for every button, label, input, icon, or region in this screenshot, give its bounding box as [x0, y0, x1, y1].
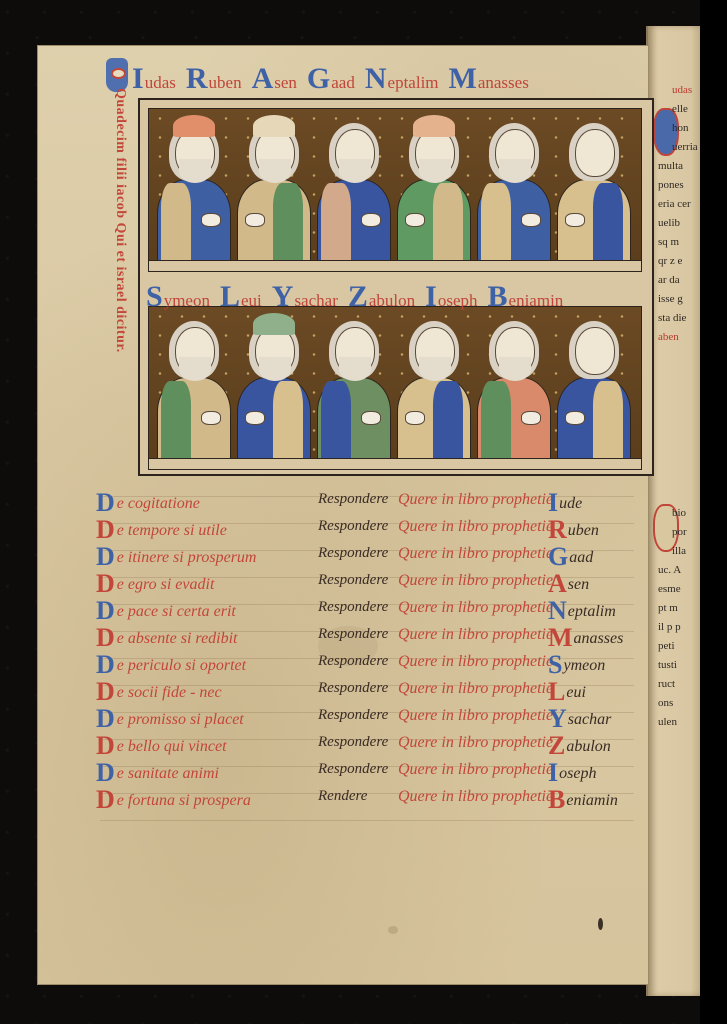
sortes-row: De itinere si prosperumRespondereQuere i…: [96, 540, 656, 567]
figure-mantle: [161, 183, 191, 263]
instruction-cell: Quere in libro prophetie: [398, 680, 553, 698]
figure-hand: [361, 213, 381, 227]
figure-mantle: [321, 381, 351, 461]
facing-page-line: udas: [654, 81, 700, 100]
banner-name-initial: Y: [272, 280, 294, 313]
banner-name: Ysachar: [272, 280, 338, 314]
figure-hat: [253, 313, 295, 335]
banner-name: Iudas: [132, 62, 176, 96]
question-cell: De tempore si utile: [96, 512, 227, 542]
banner-name-rest: eniamin: [509, 291, 564, 310]
figure-hand: [521, 411, 541, 425]
figure-hand: [201, 411, 221, 425]
banner-name-rest: oseph: [438, 291, 478, 310]
facing-page-line: sq m: [654, 233, 700, 252]
banner-name-rest: eptalim: [388, 73, 439, 92]
banner-name-initial: B: [488, 280, 508, 313]
question-cell: De bello qui vincet: [96, 728, 227, 758]
facing-page-upper-text: udasellehonuerriamultaponeseria ceruelib…: [654, 81, 700, 347]
response-cell: Rendere: [318, 788, 367, 805]
question-text: e periculo si oportet: [117, 657, 246, 674]
figure-mantle: [273, 381, 303, 461]
son-name-rest: ymeon: [563, 657, 605, 674]
sortes-table: De cogitationeRespondereQuere in libro p…: [96, 486, 656, 810]
question-text: e itinere si prosperum: [117, 549, 257, 566]
figure-mantle: [593, 381, 623, 461]
stain: [598, 918, 603, 930]
son-name-cell: Gaad: [548, 539, 593, 569]
banner-name-initial: I: [425, 280, 437, 313]
son-name-rest: sen: [568, 576, 589, 593]
instruction-cell: Quere in libro prophetie: [398, 545, 553, 563]
figure-hand: [201, 213, 221, 227]
son-name-cell: Neptalim: [548, 593, 616, 623]
son-name-cell: Symeon: [548, 647, 605, 677]
figure-beard: [339, 159, 371, 183]
figure-hat: [173, 115, 215, 137]
facing-page-line: ruct: [654, 675, 700, 694]
figure-mantle: [433, 183, 463, 263]
banner-name-rest: sachar: [294, 291, 337, 310]
figure-beard: [419, 357, 451, 381]
banner-name-rest: anasses: [478, 73, 529, 92]
facing-page-line: tusti: [654, 656, 700, 675]
figure-beard: [179, 357, 211, 381]
figure-beard: [499, 159, 531, 183]
question-text: e absente si redibit: [117, 630, 238, 647]
banner-name: Symeon: [146, 280, 210, 314]
banner-name-rest: sen: [274, 73, 297, 92]
facing-page-line: bio: [654, 504, 700, 523]
banner-name: Ruben: [186, 62, 242, 96]
facing-page-line: esme: [654, 580, 700, 599]
son-name-cell: Asen: [548, 566, 589, 596]
banner-name: Neptalim: [365, 62, 439, 96]
facing-page-line: aben: [654, 328, 700, 347]
son-name-initial: B: [548, 785, 565, 815]
instruction-cell: Quere in libro prophetie: [398, 653, 553, 671]
sortes-row: De promisso si placetRespondereQuere in …: [96, 702, 656, 729]
banner-name-initial: G: [307, 62, 330, 95]
question-cell: De sanitate animi: [96, 755, 219, 785]
response-cell: Respondere: [318, 518, 388, 535]
sortes-row: De fortuna si prosperaRendereQuere in li…: [96, 783, 656, 810]
banner-name: Manasses: [449, 62, 529, 96]
ruling-line: [100, 820, 634, 821]
banner-name-initial: A: [252, 62, 274, 95]
response-cell: Respondere: [318, 734, 388, 751]
figure: [557, 311, 629, 461]
sortes-row: De cogitationeRespondereQuere in libro p…: [96, 486, 656, 513]
figure-beard: [339, 357, 371, 381]
panel-ledge: [149, 458, 641, 469]
banner-name-initial: Z: [348, 280, 368, 313]
figure: [317, 113, 389, 263]
son-name-rest: sachar: [568, 711, 612, 728]
sortes-row: De bello qui vincetRespondereQuere in li…: [96, 729, 656, 756]
banner-name-rest: aad: [331, 73, 355, 92]
top-name-banner: IudasRubenAsenGaadNeptalimManasses: [132, 62, 652, 96]
banner-name-initial: I: [132, 62, 144, 95]
son-name-cell: Leui: [548, 674, 586, 704]
banner-name: Beniamin: [488, 280, 564, 314]
question-cell: De absente si redibit: [96, 620, 238, 650]
sortes-row: De periculo si oportetRespondereQuere in…: [96, 648, 656, 675]
panel-ledge: [149, 260, 641, 271]
facing-page-line: uelib: [654, 214, 700, 233]
son-name-rest: uben: [568, 522, 599, 539]
question-text: e tempore si utile: [117, 522, 227, 539]
instruction-cell: Quere in libro prophetie: [398, 734, 553, 752]
response-cell: Respondere: [318, 545, 388, 562]
facing-page-line: isse g: [654, 290, 700, 309]
facing-page-line: sta die: [654, 309, 700, 328]
son-name-cell: Manasses: [548, 620, 623, 650]
facing-page-line: il p p: [654, 618, 700, 637]
response-cell: Respondere: [318, 680, 388, 697]
figure-mantle: [321, 183, 351, 263]
figure: [317, 311, 389, 461]
facing-page-lower-text: bioporillauc. Aesmept mil p ppetitustiru…: [654, 504, 700, 732]
banner-name-initial: N: [365, 62, 387, 95]
figure-mantle: [481, 183, 511, 263]
banner-name: Ioseph: [425, 280, 477, 314]
banner-name-rest: ymeon: [164, 291, 210, 310]
figure-hand: [565, 213, 585, 227]
stain: [388, 926, 398, 934]
instruction-cell: Quere in libro prophetie: [398, 788, 553, 806]
figure-beard: [259, 357, 291, 381]
figure-hand: [361, 411, 381, 425]
banner-name-initial: S: [146, 280, 163, 313]
figure-mantle: [433, 381, 463, 461]
facing-page-line: qr z e: [654, 252, 700, 271]
son-name-rest: eniamin: [566, 792, 618, 809]
figure-hand: [521, 213, 541, 227]
instruction-cell: Quere in libro prophetie: [398, 491, 553, 509]
figure-mantle: [273, 183, 303, 263]
question-cell: De fortuna si prospera: [96, 782, 251, 812]
middle-name-banner: SymeonLeuiYsacharZabulonIosephBeniamin: [146, 280, 656, 314]
figure-hand: [245, 213, 265, 227]
figure: [397, 311, 469, 461]
instruction-cell: Quere in libro prophetie: [398, 518, 553, 536]
son-name-rest: eptalim: [568, 603, 616, 620]
question-text: e cogitatione: [117, 495, 200, 512]
question-cell: De socii fide - nec: [96, 674, 222, 704]
son-name-rest: eui: [566, 684, 586, 701]
banner-name: Gaad: [307, 62, 355, 96]
son-name-cell: Ioseph: [548, 755, 596, 785]
son-name-rest: abulon: [566, 738, 610, 755]
son-name-rest: oseph: [559, 765, 596, 782]
margin-rubric: Quadecim filii iacob Qui et israel dicit…: [112, 88, 128, 353]
response-cell: Respondere: [318, 653, 388, 670]
son-name-rest: anasses: [574, 630, 624, 647]
sortes-row: De absente si redibitRespondereQuere in …: [96, 621, 656, 648]
question-text: e promisso si placet: [117, 711, 244, 728]
right-dark-edge: [700, 0, 727, 1024]
banner-name-initial: M: [449, 62, 477, 95]
instruction-cell: Quere in libro prophetie: [398, 761, 553, 779]
response-cell: Respondere: [318, 599, 388, 616]
figure: [477, 113, 549, 263]
upper-miniature-panel: [148, 108, 642, 272]
question-text: e egro si evadit: [117, 576, 215, 593]
question-cell: De itinere si prosperum: [96, 539, 256, 569]
figure: [237, 113, 309, 263]
question-initial: D: [96, 785, 115, 815]
banner-name-rest: uben: [209, 73, 242, 92]
facing-page-line: elle: [654, 100, 700, 119]
figure-beard: [419, 159, 451, 183]
banner-name-initial: L: [220, 280, 240, 313]
banner-name-rest: udas: [145, 73, 176, 92]
response-cell: Respondere: [318, 761, 388, 778]
sortes-row: De tempore si utileRespondereQuere in li…: [96, 513, 656, 540]
banner-name-rest: abulon: [369, 291, 415, 310]
instruction-cell: Quere in libro prophetie: [398, 707, 553, 725]
figure-mantle: [161, 381, 191, 461]
figure: [237, 311, 309, 461]
figure: [157, 311, 229, 461]
instruction-cell: Quere in libro prophetie: [398, 626, 553, 644]
facing-page-line: pones: [654, 176, 700, 195]
son-name-cell: Zabulon: [548, 728, 611, 758]
son-name-cell: Ysachar: [548, 701, 611, 731]
figure: [397, 113, 469, 263]
figure-head: [575, 129, 615, 177]
banner-name-rest: eui: [241, 291, 262, 310]
banner-name-initial: R: [186, 62, 208, 95]
instruction-cell: Quere in libro prophetie: [398, 599, 553, 617]
figure-mantle: [593, 183, 623, 263]
banner-name: Zabulon: [348, 280, 415, 314]
figure: [477, 311, 549, 461]
facing-page-line: ons: [654, 694, 700, 713]
question-text: e bello qui vincet: [117, 738, 227, 755]
facing-page-line: ulen: [654, 713, 700, 732]
response-cell: Respondere: [318, 707, 388, 724]
lower-miniature-panel: [148, 306, 642, 470]
sortes-row: De pace si certa eritRespondereQuere in …: [96, 594, 656, 621]
facing-page-line: uc. A: [654, 561, 700, 580]
response-cell: Respondere: [318, 572, 388, 589]
figure-hat: [253, 115, 295, 137]
son-name-rest: aad: [569, 549, 593, 566]
son-name-rest: ude: [559, 495, 582, 512]
figure-beard: [259, 159, 291, 183]
facing-page-line: uerria: [654, 138, 700, 157]
sortes-row: De sanitate animiRespondereQuere in libr…: [96, 756, 656, 783]
question-text: e sanitate animi: [117, 765, 219, 782]
question-cell: De pace si certa erit: [96, 593, 236, 623]
figure-hand: [245, 411, 265, 425]
facing-page-line: por: [654, 523, 700, 542]
figure-beard: [499, 357, 531, 381]
son-name-cell: Beniamin: [548, 782, 618, 812]
facing-page-line: peti: [654, 637, 700, 656]
facing-page-line: hon: [654, 119, 700, 138]
facing-page-line: illa: [654, 542, 700, 561]
vertical-rubric-initial: [106, 58, 128, 92]
figure-hand: [405, 213, 425, 227]
response-cell: Respondere: [318, 491, 388, 508]
figure-hand: [405, 411, 425, 425]
question-text: e socii fide - nec: [117, 684, 222, 701]
instruction-cell: Quere in libro prophetie: [398, 572, 553, 590]
figure-hat: [413, 115, 455, 137]
figure: [157, 113, 229, 263]
facing-page-line: eria cer: [654, 195, 700, 214]
sortes-row: De socii fide - necRespondereQuere in li…: [96, 675, 656, 702]
question-text: e pace si certa erit: [117, 603, 236, 620]
question-cell: De promisso si placet: [96, 701, 244, 731]
question-cell: De cogitatione: [96, 485, 200, 515]
question-cell: De egro si evadit: [96, 566, 214, 596]
figure-mantle: [481, 381, 511, 461]
banner-name: Leui: [220, 280, 262, 314]
facing-page-line: ar da: [654, 271, 700, 290]
response-cell: Respondere: [318, 626, 388, 643]
question-cell: De periculo si oportet: [96, 647, 246, 677]
facing-page-line: pt m: [654, 599, 700, 618]
sortes-row: De egro si evaditRespondereQuere in libr…: [96, 567, 656, 594]
facing-page-line: multa: [654, 157, 700, 176]
son-name-cell: Iude: [548, 485, 582, 515]
figure-beard: [179, 159, 211, 183]
son-name-cell: Ruben: [548, 512, 599, 542]
figure-head: [575, 327, 615, 375]
question-text: e fortuna si prospera: [117, 792, 251, 809]
banner-name: Asen: [252, 62, 297, 96]
figure: [557, 113, 629, 263]
figure-hand: [565, 411, 585, 425]
